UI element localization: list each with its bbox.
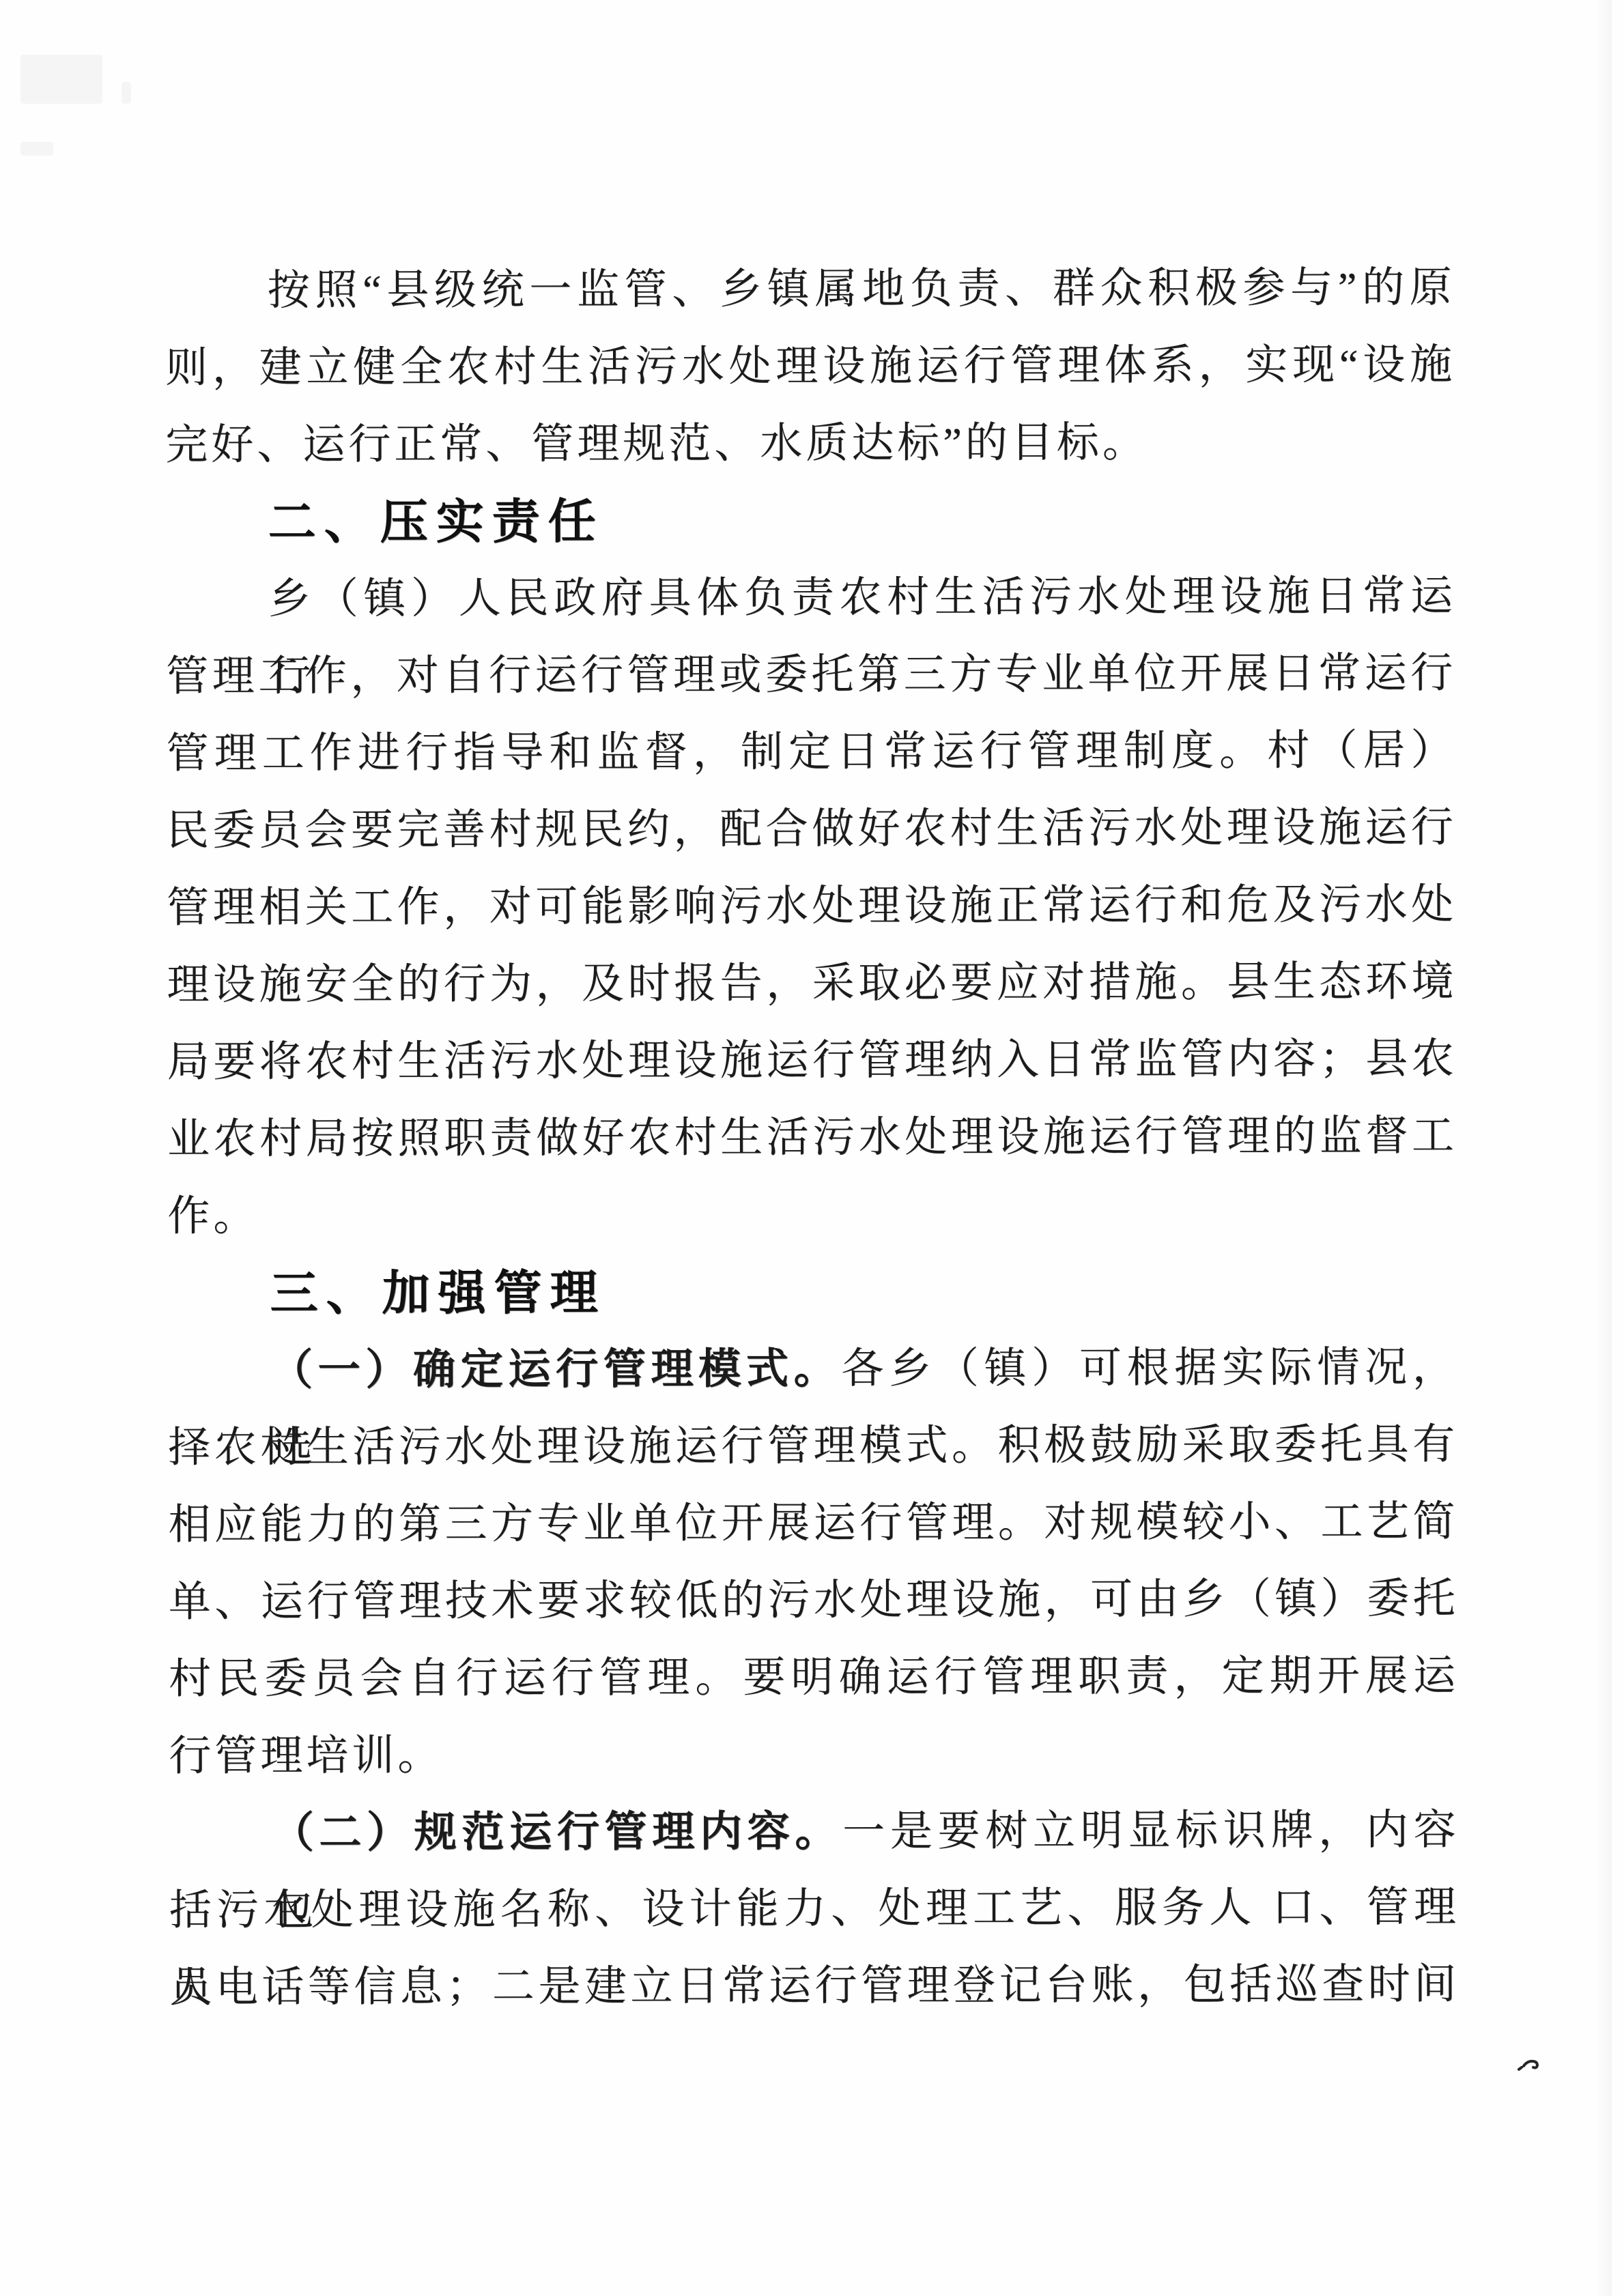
scan-smudge — [122, 82, 131, 104]
text-segment: 作。 — [167, 1193, 259, 1239]
text-segment: 相应能力的第三方专业单位开展运行管理。对规模较小、工艺简 — [168, 1499, 1458, 1549]
text-segment: 管理工作，对自行运行管理或委托第三方专业单位开展日常运行 — [166, 650, 1456, 700]
text-segment: （二）规范运行管理内容。 — [272, 1809, 843, 1856]
paragraph-line: 管理工作，对自行运行管理或委托第三方专业单位开展日常运行 — [166, 635, 1456, 716]
text-segment: 理设施安全的行为，及时报告，采取必要应对措施。县生态环境 — [167, 959, 1457, 1009]
paragraph-line: 业农村局按照职责做好农村生活污水处理设施运行管理的监督工 — [167, 1098, 1457, 1179]
text-segment: 则，建立健全农村生活污水处理设施运行管理体系，实现“设施 — [165, 342, 1455, 392]
paragraph-line: 村民委员会自行运行管理。要明确运行管理职责，定期开展运 — [169, 1638, 1459, 1719]
paragraph-line: 员电话等信息；二是建立日常运行管理登记台账，包括巡查时间 — [169, 1947, 1459, 2027]
text-segment: 按照“县级统一监管、乡镇属地负责、群众积极参与”的原 — [268, 265, 1455, 315]
paragraph-line: 行管理培训。 — [169, 1715, 1459, 1796]
paragraph-line: 作。 — [167, 1175, 1457, 1256]
paragraph-line: 理设施安全的行为，及时报告，采取必要应对措施。县生态环境 — [167, 944, 1457, 1024]
text-segment: 管理工作进行指导和监督，制定日常运行管理制度。村（居） — [166, 728, 1456, 777]
paragraph-line: 择农村生活污水处理设施运行管理模式。积极鼓励采取委托具有 — [168, 1407, 1458, 1487]
paragraph-line: 则，建立健全农村生活污水处理设施运行管理体系，实现“设施 — [165, 327, 1455, 407]
ink-squiggle-mark — [1517, 2054, 1545, 2076]
paragraph-line: 民委员会要完善村规民约，配合做好农村生活污水处理设施运行 — [167, 790, 1457, 870]
section-heading: 三、加强管理 — [167, 1252, 1457, 1333]
text-segment: 民委员会要完善村规民约，配合做好农村生活污水处理设施运行 — [167, 805, 1457, 855]
paragraph-line: （二）规范运行管理内容。一是要树立明显标识牌，内容包 — [169, 1792, 1459, 1873]
text-segment: 择农村生活污水处理设施运行管理模式。积极鼓励采取委托具有 — [168, 1422, 1458, 1472]
text-segment: 二、压实责任 — [268, 495, 604, 549]
text-segment: 员电话等信息；二是建立日常运行管理登记台账，包括巡查时间 — [169, 1962, 1459, 2011]
text-segment: （一）确定运行管理模式。 — [270, 1346, 842, 1394]
paragraph-line: （一）确定运行管理模式。各乡（镇）可根据实际情况，选 — [168, 1330, 1458, 1410]
text-segment: 行管理培训。 — [169, 1732, 443, 1779]
text-segment: 管理相关工作，对可能影响污水处理设施正常运行和危及污水处 — [167, 882, 1457, 932]
text-segment: 完好、运行正常、管理规范、水质达标”的目标。 — [165, 420, 1148, 469]
paragraph-line: 管理相关工作，对可能影响污水处理设施正常运行和危及污水处 — [167, 867, 1457, 947]
text-segment: 三、加强管理 — [270, 1266, 606, 1320]
paragraph-line: 相应能力的第三方专业单位开展运行管理。对规模较小、工艺简 — [168, 1484, 1458, 1564]
scan-smudge — [20, 55, 102, 104]
section-heading: 二、压实责任 — [165, 481, 1455, 562]
text-segment: 业农村局按照职责做好农村生活污水处理设施运行管理的监督工 — [167, 1113, 1457, 1163]
paragraph-line: 完好、运行正常、管理规范、水质达标”的目标。 — [165, 404, 1455, 485]
scanned-document-page: 按照“县级统一监管、乡镇属地负责、群众积极参与”的原则，建立健全农村生活污水处理… — [0, 0, 1624, 2296]
document-body: 按照“县级统一监管、乡镇属地负责、群众积极参与”的原则，建立健全农村生活污水处理… — [165, 250, 1460, 2027]
paragraph-line: 管理工作进行指导和监督，制定日常运行管理制度。村（居） — [166, 713, 1456, 793]
paragraph-line: 局要将农村生活污水处理设施运行管理纳入日常监管内容；县农 — [167, 1021, 1457, 1102]
scan-edge-band — [1595, 0, 1612, 2296]
paragraph-line: 括污水处理设施名称、设计能力、处理工艺、服务人 口、管理人 — [169, 1869, 1459, 1950]
text-segment: 村民委员会自行运行管理。要明确运行管理职责，定期开展运 — [169, 1653, 1459, 1703]
scan-smudge — [20, 142, 53, 156]
text-segment: 单、运行管理技术要求较低的污水处理设施，可由乡（镇）委托 — [169, 1576, 1459, 1626]
text-segment: 局要将农村生活污水处理设施运行管理纳入日常监管内容；县农 — [167, 1036, 1457, 1086]
paragraph-line: 乡（镇）人民政府具体负责农村生活污水处理设施日常运行 — [166, 558, 1456, 639]
paragraph-line: 按照“县级统一监管、乡镇属地负责、群众积极参与”的原 — [165, 250, 1455, 330]
paragraph-line: 单、运行管理技术要求较低的污水处理设施，可由乡（镇）委托 — [169, 1561, 1459, 1641]
